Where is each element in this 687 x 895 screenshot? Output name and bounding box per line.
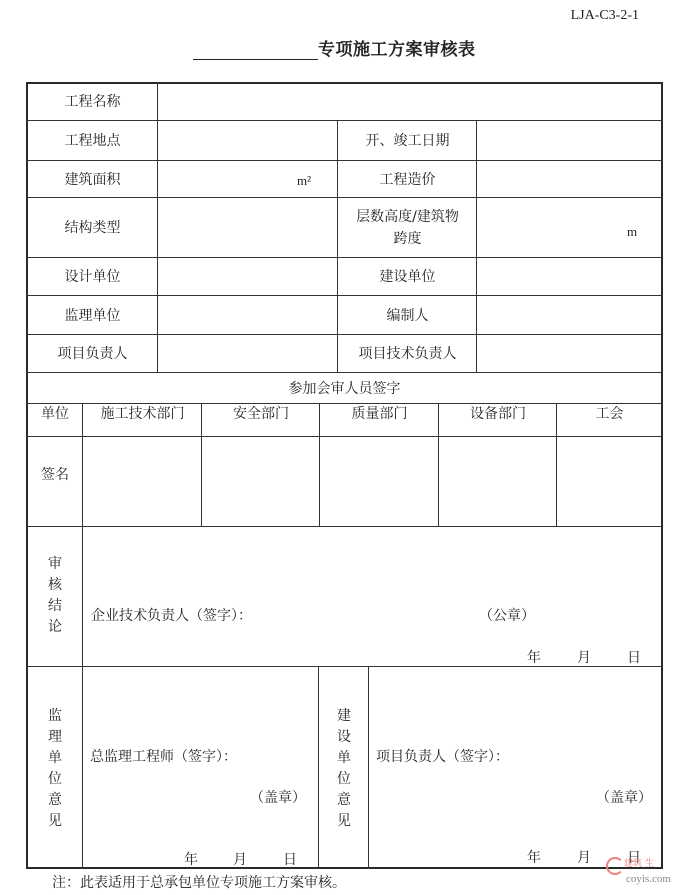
row-divider (26, 666, 663, 667)
owner-opinion-label: 建 设 单 位 意 见 (320, 704, 368, 834)
sign-field-construction-tech[interactable] (84, 438, 201, 526)
row-divider (26, 257, 663, 258)
supervision-date-month: 月 (233, 849, 247, 869)
owner-seal-label: （盖章） (596, 787, 652, 807)
label-floors-height-span-line1: 层数高度/建筑物 (356, 206, 459, 228)
form-code: LJA-C3-2-1 (571, 8, 639, 24)
row-divider (26, 526, 663, 527)
col-divider (157, 82, 158, 372)
col-divider (201, 403, 202, 526)
label-construction-unit: 建设单位 (339, 259, 476, 295)
row-divider (26, 436, 663, 437)
row-divider (26, 120, 663, 121)
label-building-area: 建筑面积 (28, 162, 157, 197)
owner-label-char: 位 (337, 769, 351, 790)
label-project-location: 工程地点 (28, 122, 157, 160)
col-divider (476, 120, 477, 372)
sign-field-equipment[interactable] (440, 438, 556, 526)
watermark-logo-icon (606, 857, 624, 875)
col-divider (368, 666, 369, 869)
owner-label-char: 设 (337, 727, 351, 748)
review-label-char: 审 (48, 554, 62, 575)
title-blank-line[interactable] (193, 39, 318, 60)
supervision-label-char: 见 (48, 811, 62, 832)
col-divider (82, 403, 83, 526)
label-structure-type: 结构类型 (28, 199, 157, 257)
field-project-manager[interactable] (159, 336, 337, 372)
supervision-opinion-field[interactable] (84, 668, 318, 868)
supervision-label-char: 意 (48, 790, 62, 811)
field-project-cost[interactable] (478, 162, 661, 197)
row-divider (26, 295, 663, 296)
sign-field-safety[interactable] (203, 438, 319, 526)
row-divider (26, 160, 663, 161)
supervision-label-char: 监 (48, 706, 62, 727)
supervision-label-char: 理 (48, 727, 62, 748)
row-divider (26, 334, 663, 335)
field-start-end-date[interactable] (478, 122, 661, 160)
row-divider (26, 372, 663, 373)
owner-label-char: 见 (337, 811, 351, 832)
review-conclusion-field[interactable] (84, 528, 661, 666)
review-conclusion-label: 审 核 结 论 (28, 548, 82, 644)
field-structure-type[interactable] (159, 199, 337, 257)
sign-field-quality[interactable] (321, 438, 438, 526)
label-start-end-date: 开、竣工日期 (339, 122, 476, 160)
review-date-year: 年 (527, 647, 541, 667)
label-technical-manager: 项目技术负责人 (339, 336, 476, 372)
sign-field-union[interactable] (558, 438, 661, 526)
col-divider (319, 403, 320, 526)
supervision-label-char: 位 (48, 769, 62, 790)
row-divider (26, 197, 663, 198)
dept-equipment: 设备部门 (440, 403, 556, 425)
review-date-day: 日 (627, 647, 641, 667)
review-signer-label: 企业技术负责人（签字）： (91, 605, 252, 625)
supervision-seal-label: （盖章） (250, 787, 306, 807)
footer-note: 注：此表适用于总承包单位专项施工方案审核。 (52, 872, 346, 892)
supervision-signer-label: 总监理工程师（签字）： (90, 746, 237, 766)
dept-safety: 安全部门 (203, 403, 319, 425)
supervision-date-day: 日 (283, 849, 297, 869)
supervision-label-char: 单 (48, 748, 62, 769)
owner-label-char: 意 (337, 790, 351, 811)
review-date-month: 月 (577, 647, 591, 667)
label-project-manager: 项目负责人 (28, 336, 157, 372)
participants-section-title: 参加会审人员签字 (28, 374, 661, 403)
label-project-cost: 工程造价 (339, 162, 476, 197)
row-header-unit: 单位 (28, 403, 82, 425)
label-compiler: 编制人 (339, 297, 476, 334)
dept-union: 工会 (558, 403, 661, 425)
field-design-unit[interactable] (159, 259, 337, 295)
field-technical-manager[interactable] (478, 336, 661, 372)
col-divider (82, 526, 83, 869)
owner-label-char: 建 (337, 706, 351, 727)
supervision-opinion-label: 监 理 单 位 意 见 (28, 704, 82, 834)
watermark-en-text: coyis.com (626, 873, 671, 885)
review-seal-label: （公章） (479, 605, 535, 625)
col-divider (337, 120, 338, 372)
label-design-unit: 设计单位 (28, 259, 157, 295)
row-header-sign: 签名 (28, 438, 82, 512)
field-project-location[interactable] (159, 122, 337, 160)
owner-opinion-field[interactable] (370, 668, 661, 868)
title-text: 专项施工方案审核表 (318, 40, 476, 60)
label-project-name: 工程名称 (28, 84, 157, 120)
col-divider (318, 666, 319, 869)
unit-square-meter: m² (297, 173, 311, 189)
dept-construction-tech: 施工技术部门 (84, 403, 201, 425)
watermark: 建筑 生 coyis.com (606, 853, 686, 893)
supervision-date-year: 年 (184, 849, 198, 869)
field-supervision-unit[interactable] (159, 297, 337, 334)
owner-label-char: 单 (337, 748, 351, 769)
label-supervision-unit: 监理单位 (28, 297, 157, 334)
field-project-name[interactable] (159, 84, 661, 120)
owner-signer-label: 项目负责人（签字）： (376, 746, 509, 766)
dept-quality: 质量部门 (321, 403, 438, 425)
field-compiler[interactable] (478, 297, 661, 334)
col-divider (556, 403, 557, 526)
watermark-cn-text: 建筑 生 (624, 856, 654, 869)
page-title: 专项施工方案审核表 (193, 36, 476, 60)
col-divider (438, 403, 439, 526)
owner-date-year: 年 (527, 847, 541, 867)
owner-date-month: 月 (577, 847, 591, 867)
review-label-char: 结 (48, 596, 62, 617)
label-floors-height-span: 层数高度/建筑物 跨度 (339, 199, 476, 257)
review-label-char: 论 (48, 617, 62, 638)
label-floors-height-span-line2: 跨度 (394, 228, 422, 250)
unit-meter: m (627, 224, 637, 240)
field-construction-unit[interactable] (478, 259, 661, 295)
review-label-char: 核 (48, 575, 62, 596)
